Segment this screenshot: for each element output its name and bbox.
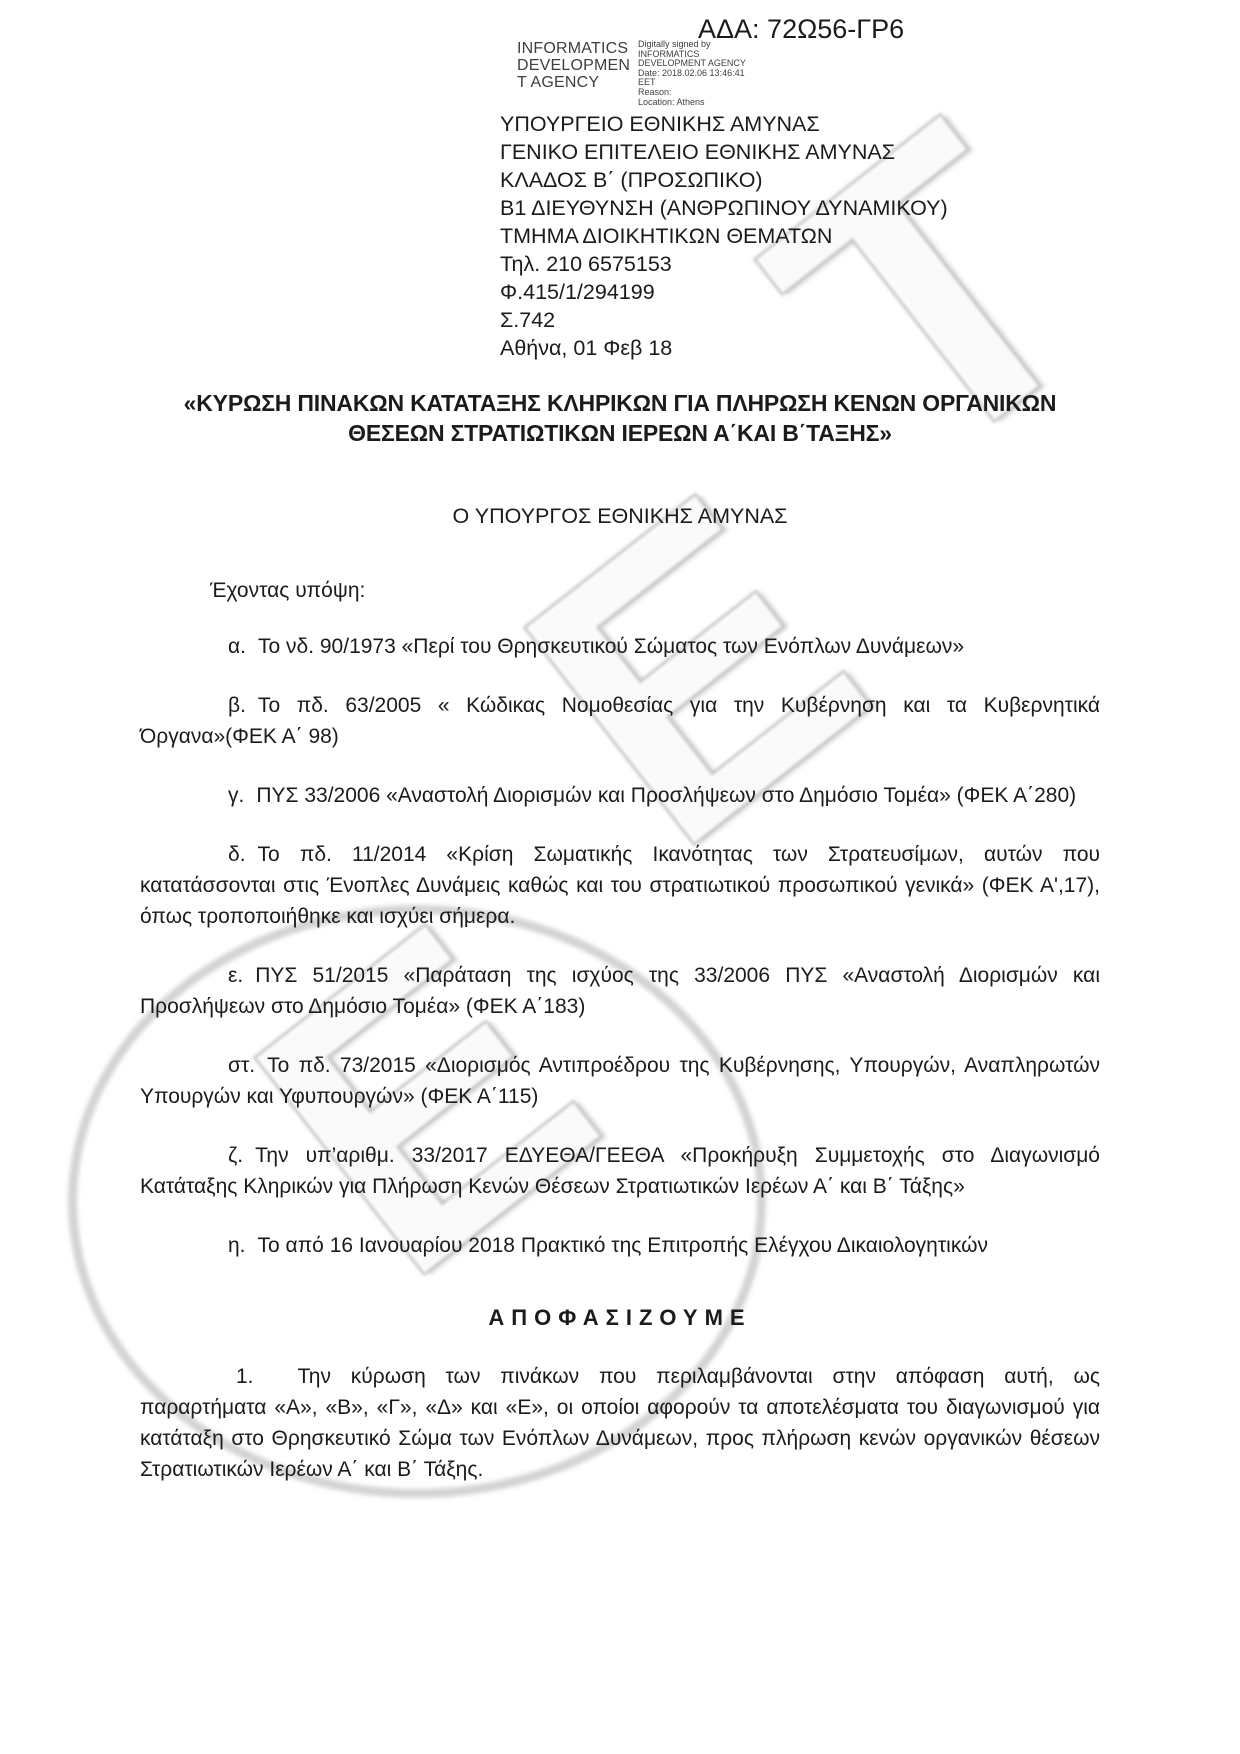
preamble-item: α.Το νδ. 90/1973 «Περί του Θρησκευτικού … bbox=[140, 631, 1100, 662]
preamble-item-marker: ζ. bbox=[228, 1144, 255, 1167]
preamble-item-text: ΠΥΣ 33/2006 «Αναστολή Διορισμών και Προσ… bbox=[256, 784, 1076, 807]
decision-heading: ΑΠΟΦΑΣΙΖΟΥΜΕ bbox=[140, 1305, 1100, 1331]
preamble-item-text: Την υπ’αριθμ. 33/2017 ΕΔΥΕΘΑ/ΓΕΕΘΑ «Προκ… bbox=[140, 1144, 1100, 1198]
preamble-item-text: Το νδ. 90/1973 «Περί του Θρησκευτικού Σώ… bbox=[258, 635, 964, 658]
preamble-item-text: Το από 16 Ιανουαρίου 2018 Πρακτικό της Ε… bbox=[258, 1234, 988, 1257]
preamble-item-text: Το πδ. 11/2014 «Κρίση Σωματικής Ικανότητ… bbox=[140, 843, 1100, 928]
preamble-item-text: Το πδ. 63/2005 « Κώδικας Νομοθεσίας για … bbox=[140, 694, 1100, 748]
preamble-item: β.Το πδ. 63/2005 « Κώδικας Νομοθεσίας γι… bbox=[140, 690, 1100, 752]
preamble-item-text: Το πδ. 73/2015 «Διορισμός Αντιπροέδρου τ… bbox=[140, 1054, 1100, 1108]
preamble-item-marker: ε. bbox=[228, 964, 255, 987]
preamble-item-marker: η. bbox=[228, 1234, 258, 1257]
preamble-item: ζ.Την υπ’αριθμ. 33/2017 ΕΔΥΕΘΑ/ΓΕΕΘΑ «Πρ… bbox=[140, 1140, 1100, 1202]
decision-item-marker: 1. bbox=[236, 1365, 298, 1388]
preamble-item-marker: γ. bbox=[228, 784, 256, 807]
decision-item: 1.Την κύρωση των πινάκων που περιλαμβάνο… bbox=[140, 1361, 1100, 1485]
document-body: «ΚΥΡΩΣΗ ΠΙΝΑΚΩΝ ΚΑΤΑΤΑΞΗΣ ΚΛΗΡΙΚΩΝ ΓΙΑ Π… bbox=[140, 0, 1100, 1485]
preamble-item: η.Το από 16 Ιανουαρίου 2018 Πρακτικό της… bbox=[140, 1230, 1100, 1261]
preamble-item: γ.ΠΥΣ 33/2006 «Αναστολή Διορισμών και Πρ… bbox=[140, 780, 1100, 811]
preamble-item: δ.Το πδ. 11/2014 «Κρίση Σωματικής Ικανότ… bbox=[140, 839, 1100, 932]
issuer-heading: Ο ΥΠΟΥΡΓΟΣ ΕΘΝΙΚΗΣ ΑΜΥΝΑΣ bbox=[140, 504, 1100, 529]
preamble-item-marker: στ. bbox=[228, 1054, 267, 1077]
preamble-item: στ.Το πδ. 73/2015 «Διορισμός Αντιπροέδρο… bbox=[140, 1050, 1100, 1112]
preamble-item-marker: β. bbox=[228, 694, 258, 717]
preamble-item-text: ΠΥΣ 51/2015 «Παράταση της ισχύος της 33/… bbox=[140, 964, 1100, 1018]
preamble-intro: Έχοντας υπόψη: bbox=[140, 579, 1100, 603]
document-title: «ΚΥΡΩΣΗ ΠΙΝΑΚΩΝ ΚΑΤΑΤΑΞΗΣ ΚΛΗΡΙΚΩΝ ΓΙΑ Π… bbox=[180, 388, 1060, 448]
preamble-item-marker: δ. bbox=[228, 843, 258, 866]
preamble-item-marker: α. bbox=[228, 635, 258, 658]
preamble-item: ε.ΠΥΣ 51/2015 «Παράταση της ισχύος της 3… bbox=[140, 960, 1100, 1022]
